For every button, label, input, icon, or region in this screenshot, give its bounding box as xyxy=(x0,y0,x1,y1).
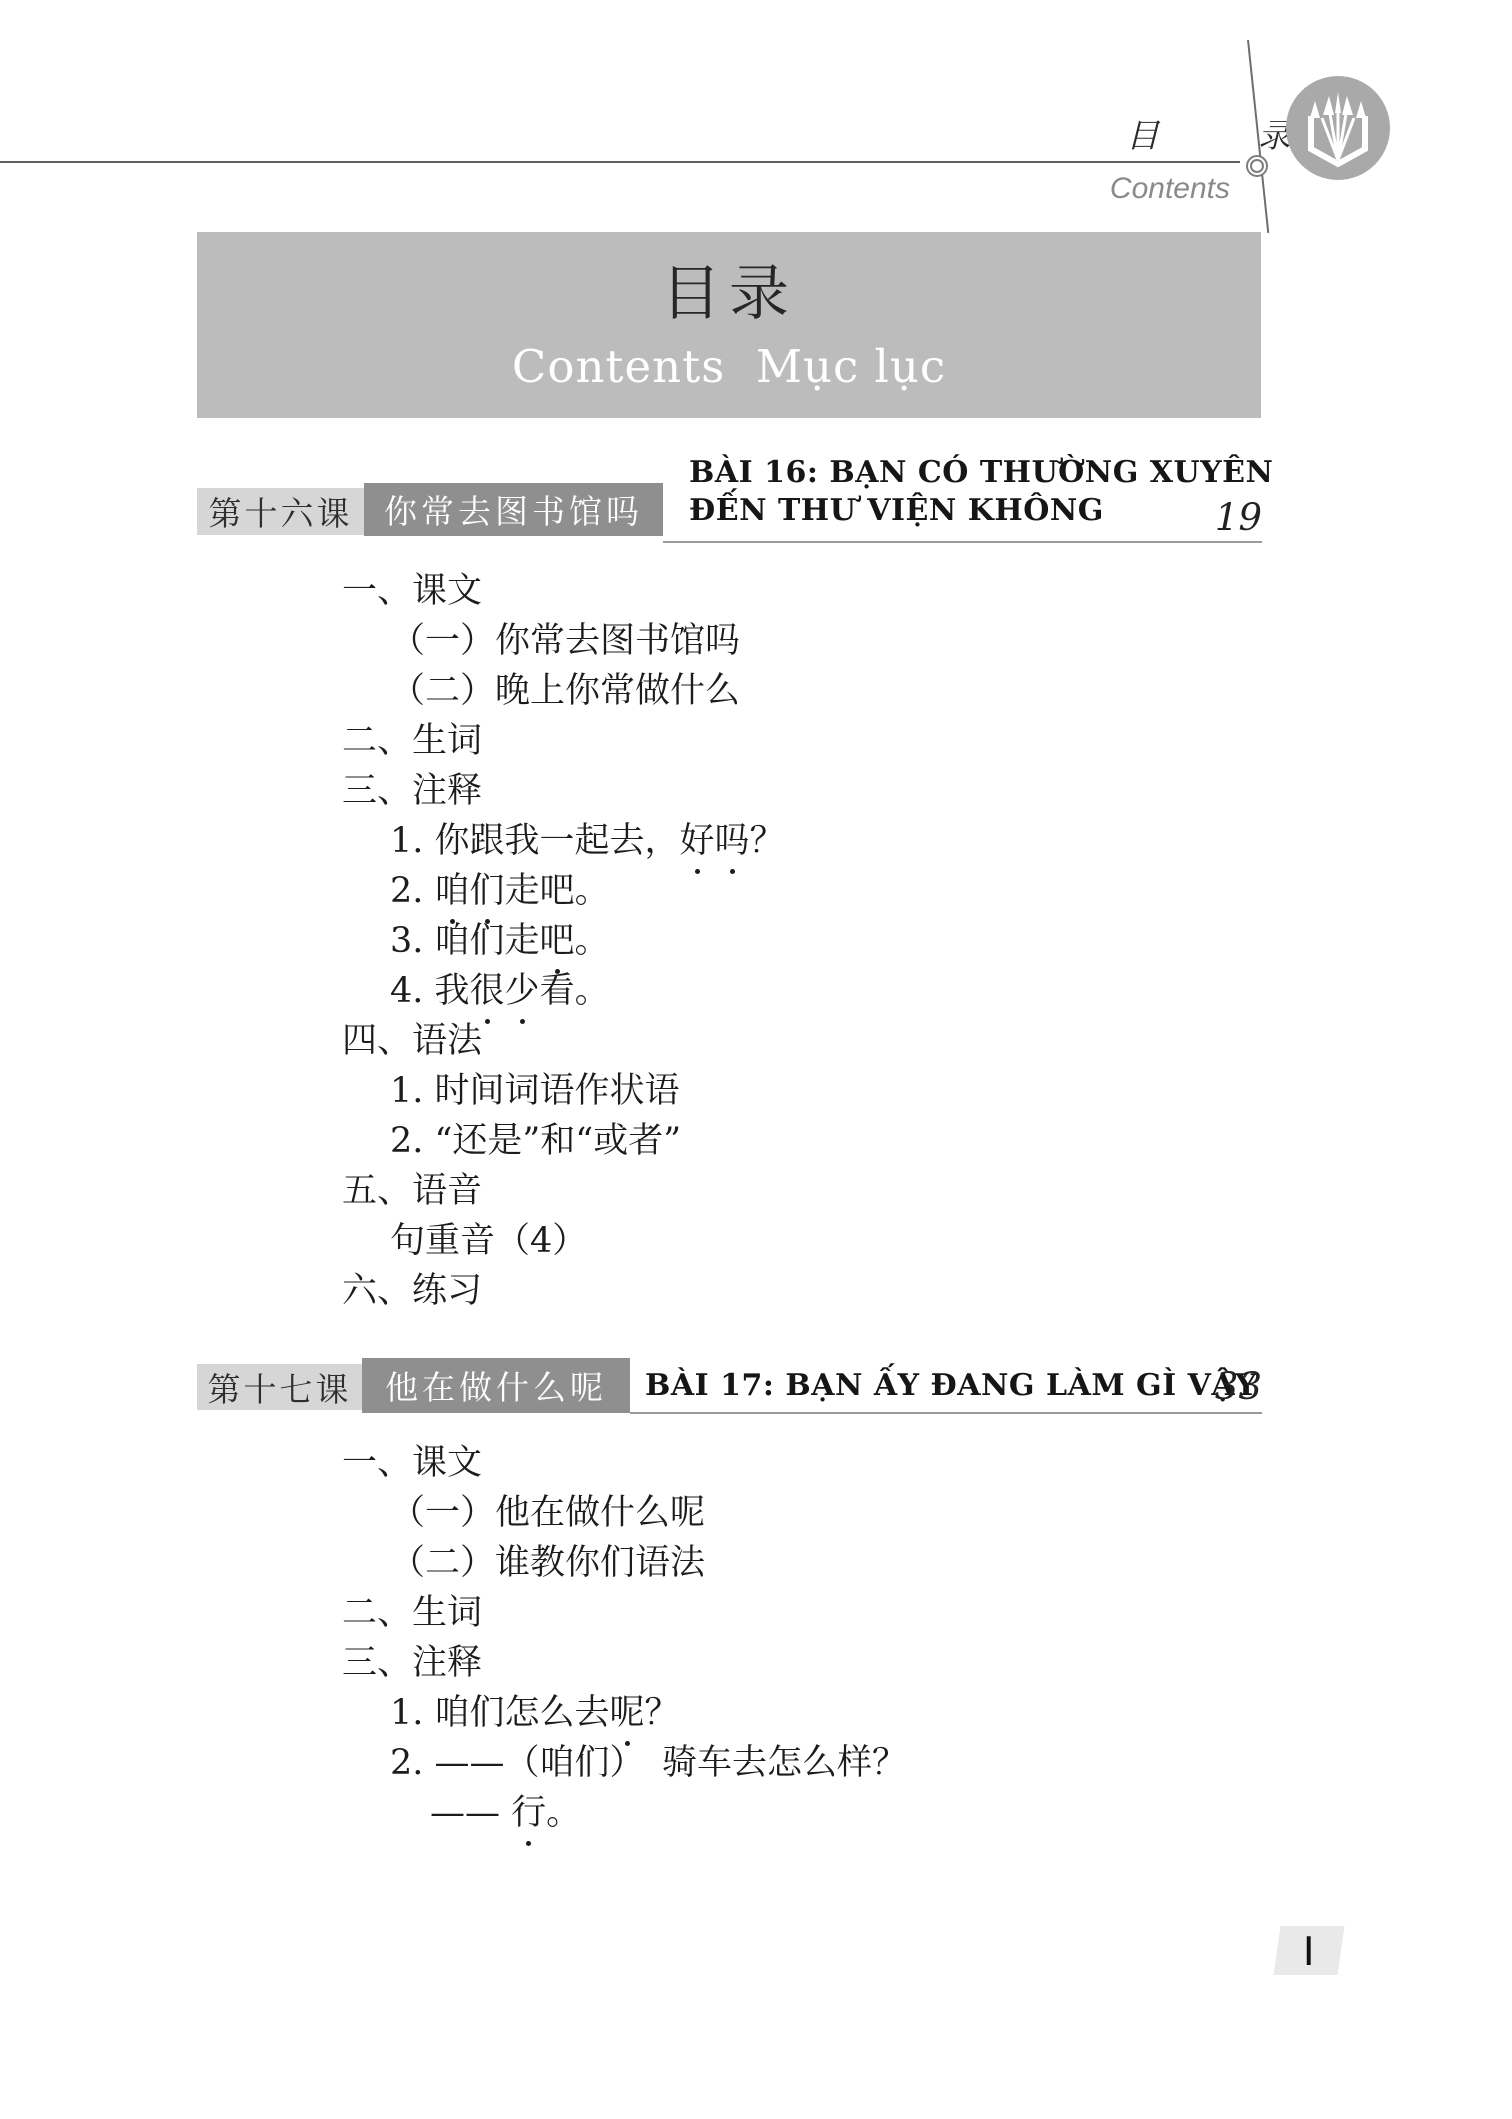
lesson-17-underline xyxy=(630,1412,1262,1414)
header-rule xyxy=(0,161,1240,163)
lesson-16-title-vi-line1: BÀI 16: BẠN CÓ THƯỜNG XUYÊN xyxy=(689,454,1273,492)
toc-item: 句重音（4） xyxy=(342,1216,785,1266)
lesson-17-page-number: 33 xyxy=(1150,1365,1262,1408)
publisher-book-logo-icon xyxy=(1286,76,1390,180)
toc-item: —— 行。 xyxy=(342,1788,907,1838)
lesson-17-title-cn-box: 他在做什么呢 xyxy=(362,1358,630,1413)
lesson-16-list: 一、课文（一）你常去图书馆吗（二）晚上你常做什么二、生词三、注释1. 你跟我一起… xyxy=(342,566,785,1316)
toc-title-banner: 目录 Contents Mục lục xyxy=(197,232,1261,418)
toc-title-sub: Contents Mục lục xyxy=(197,340,1261,393)
lesson-16-underline xyxy=(663,541,1262,543)
toc-title-cn: 目录 xyxy=(197,246,1261,332)
lesson-16-label-box: 第十六课 xyxy=(197,488,364,535)
toc-item: （一）你常去图书馆吗 xyxy=(342,616,785,666)
toc-item: 六、练习 xyxy=(342,1266,785,1316)
toc-item: 五、语音 xyxy=(342,1166,785,1216)
lesson-16-title-cn-box: 你常去图书馆吗 xyxy=(364,483,663,536)
page-marker-numeral: I xyxy=(1303,1927,1315,1975)
toc-item: 3. 咱们走吧。 xyxy=(342,916,785,966)
toc-item: 1. 咱们怎么去呢？ xyxy=(342,1688,907,1738)
toc-item: 2. 咱们走吧。 xyxy=(342,866,785,916)
toc-item: 四、语法 xyxy=(342,1016,785,1066)
toc-item: 三、注释 xyxy=(342,766,785,816)
toc-item: 二、生词 xyxy=(342,1588,907,1638)
toc-item: 2. ——（咱们） 骑车去怎么样？ xyxy=(342,1738,907,1788)
page-marker: I xyxy=(1274,1926,1345,1975)
toc-item: 4. 我很少看。 xyxy=(342,966,785,1016)
running-header-title-en: Contents xyxy=(1020,172,1230,206)
lesson-17-list: 一、课文（一）他在做什么呢（二）谁教你们语法二、生词三、注释1. 咱们怎么去呢？… xyxy=(342,1438,907,1838)
toc-page: 目 录 Contents 目录 Contents xyxy=(0,0,1512,2119)
toc-item: 三、注释 xyxy=(342,1638,907,1688)
toc-item: （一）他在做什么呢 xyxy=(342,1488,907,1538)
toc-item: （二）谁教你们语法 xyxy=(342,1538,907,1588)
header-ring-ornament xyxy=(1246,155,1268,177)
toc-item: 1. 时间词语作状语 xyxy=(342,1066,785,1116)
lesson-16-page-number: 19 xyxy=(1150,496,1262,539)
toc-item: （二）晚上你常做什么 xyxy=(342,666,785,716)
toc-item: 一、课文 xyxy=(342,566,785,616)
lesson-17-label-box: 第十七课 xyxy=(197,1364,362,1410)
toc-item: 二、生词 xyxy=(342,716,785,766)
toc-item: 1. 你跟我一起去，好吗？ xyxy=(342,816,785,866)
toc-item: 一、课文 xyxy=(342,1438,907,1488)
toc-item: 2. “还是”和“或者” xyxy=(342,1116,785,1166)
